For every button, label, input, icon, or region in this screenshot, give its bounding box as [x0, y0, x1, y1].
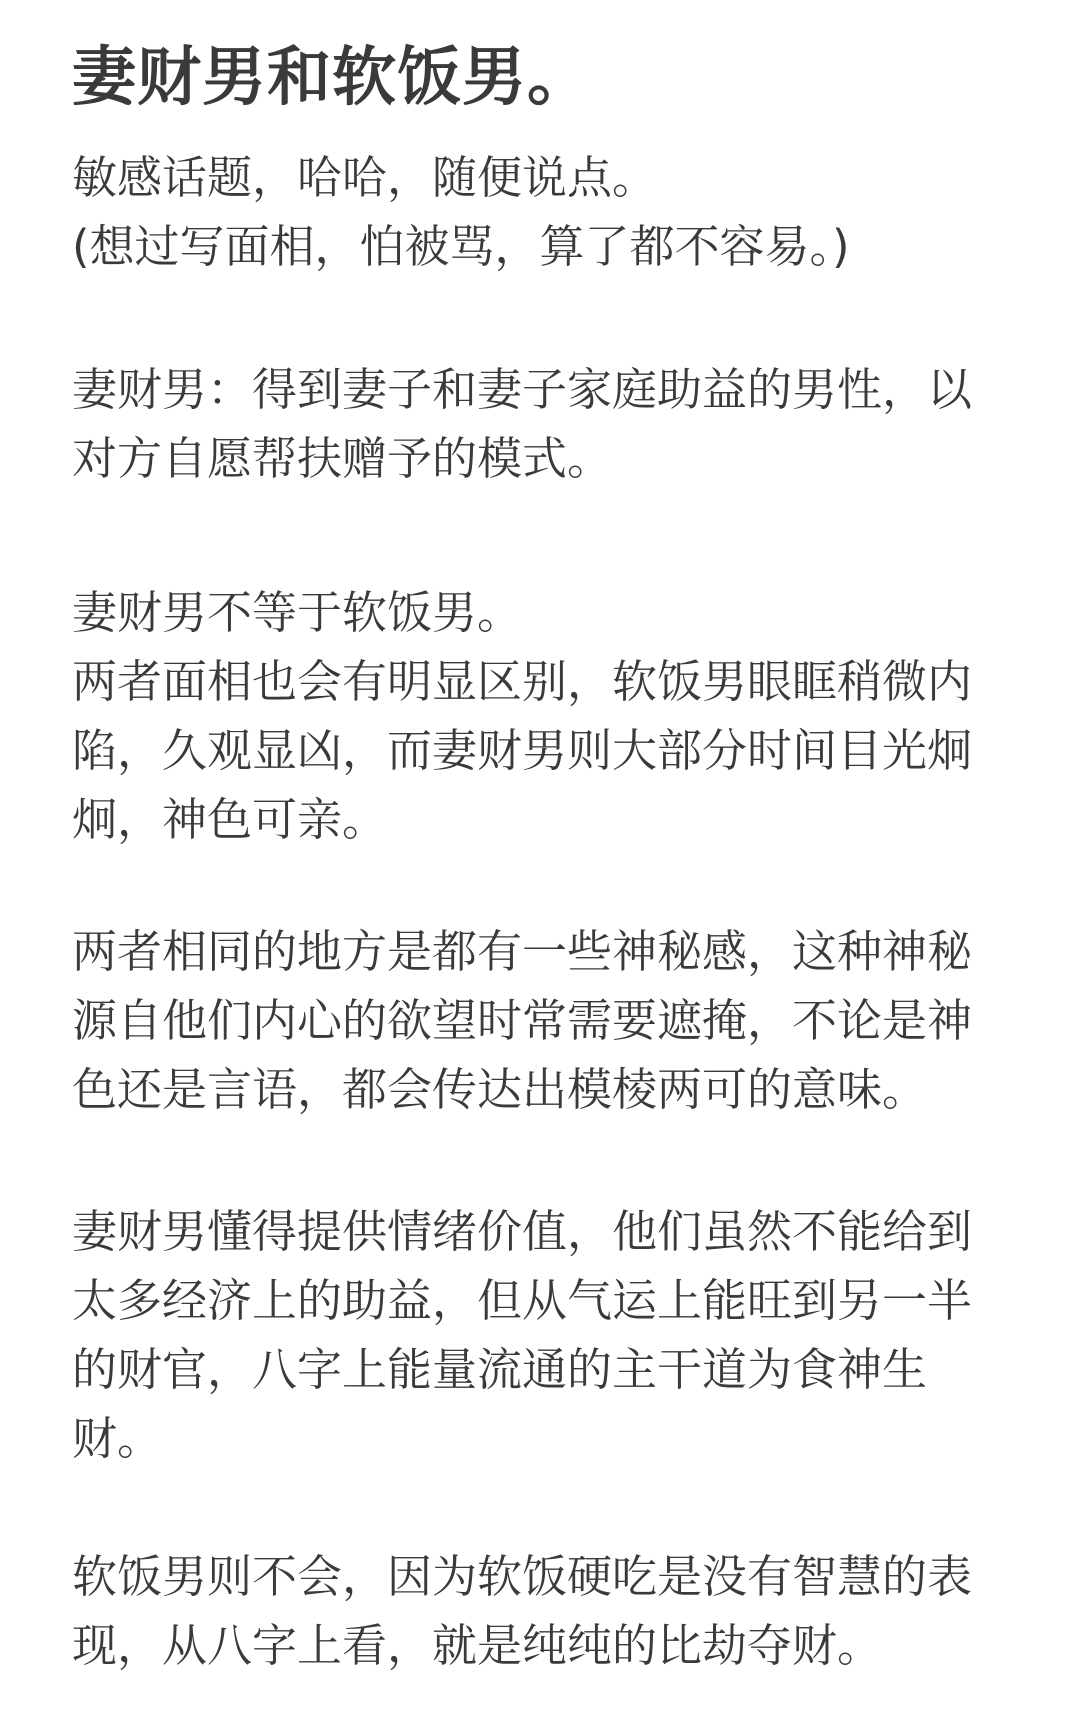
- text-line: (想过写面相，怕被骂，算了都不容易。): [72, 212, 1012, 281]
- article-title: 妻财男和软饭男。: [72, 38, 592, 118]
- text-line: 色还是言语，都会传达出模棱两可的意味。: [72, 1055, 1012, 1124]
- text-line: 太多经济上的助益，但从气运上能旺到另一半: [72, 1266, 1012, 1335]
- text-line: 的财官，八字上能量流通的主干道为食神生: [72, 1335, 1012, 1404]
- text-line: 敏感话题，哈哈，随便说点。: [72, 143, 1012, 212]
- text-line: 财。: [72, 1404, 1012, 1473]
- paragraph-definition: 妻财男：得到妻子和妻子家庭助益的男性，以 对方自愿帮扶赠予的模式。: [72, 355, 1012, 493]
- text-line: 现，从八字上看，就是纯纯的比劫夺财。: [72, 1611, 1012, 1680]
- text-line: 妻财男不等于软饭男。: [72, 578, 1012, 647]
- paragraph-intro: 敏感话题，哈哈，随便说点。 (想过写面相，怕被骂，算了都不容易。): [72, 143, 1012, 281]
- text-line: 陷，久观显凶，而妻财男则大部分时间目光炯: [72, 716, 1012, 785]
- paragraph-similarity: 两者相同的地方是都有一些神秘感，这种神秘 源自他们内心的欲望时常需要遮掩，不论是…: [72, 917, 1012, 1124]
- text-line: 炯，神色可亲。: [72, 785, 1012, 854]
- text-line: 妻财男：得到妻子和妻子家庭助益的男性，以: [72, 355, 1012, 424]
- text-line: 两者面相也会有明显区别，软饭男眼眶稍微内: [72, 647, 1012, 716]
- text-line: 对方自愿帮扶赠予的模式。: [72, 424, 1012, 493]
- text-line: 两者相同的地方是都有一些神秘感，这种神秘: [72, 917, 1012, 986]
- text-line: 妻财男懂得提供情绪价值，他们虽然不能给到: [72, 1197, 1012, 1266]
- text-line: 源自他们内心的欲望时常需要遮掩，不论是神: [72, 986, 1012, 1055]
- paragraph-soft-rice: 软饭男则不会，因为软饭硬吃是没有智慧的表 现，从八字上看，就是纯纯的比劫夺财。: [72, 1542, 1012, 1680]
- paragraph-wife-wealth: 妻财男懂得提供情绪价值，他们虽然不能给到 太多经济上的助益，但从气运上能旺到另一…: [72, 1197, 1012, 1473]
- text-line: 软饭男则不会，因为软饭硬吃是没有智慧的表: [72, 1542, 1012, 1611]
- paragraph-difference: 妻财男不等于软饭男。 两者面相也会有明显区别，软饭男眼眶稍微内 陷，久观显凶，而…: [72, 578, 1012, 854]
